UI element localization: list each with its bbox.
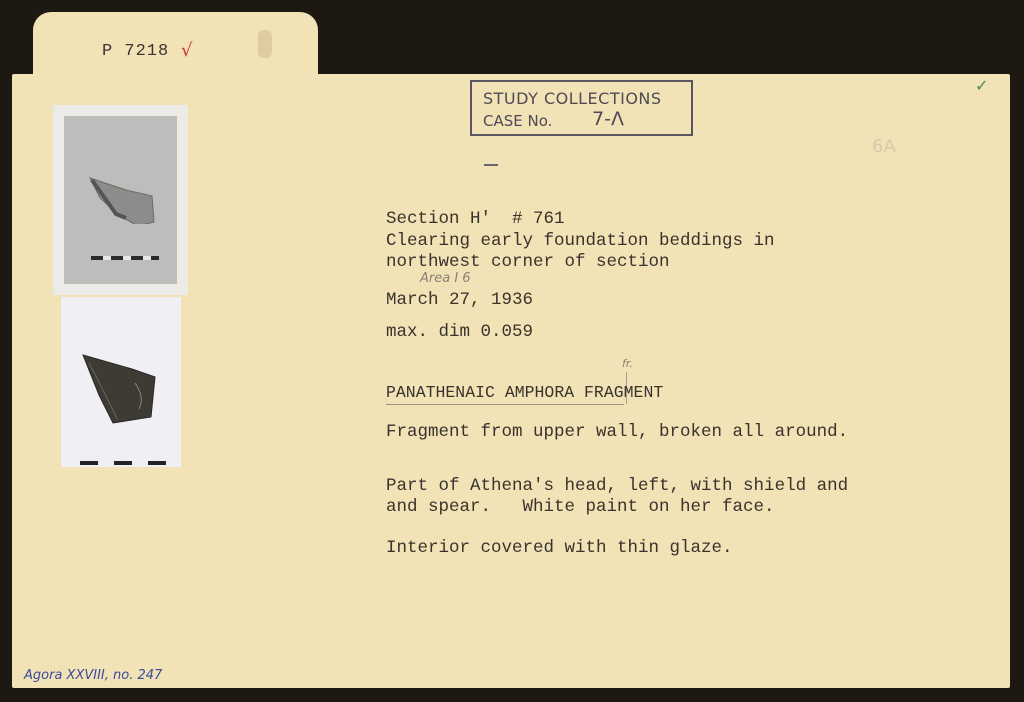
scale-bar <box>80 461 166 465</box>
profile-photo <box>61 297 181 467</box>
red-check-icon: √ <box>181 40 192 61</box>
shard-image <box>77 347 157 427</box>
stamp-title: STUDY COLLECTIONS <box>483 89 662 108</box>
faint-pencil-note: 6A <box>872 136 896 157</box>
stamp-case-value: 7-Λ <box>592 108 624 130</box>
object-title: PANATHENAIC AMPHORA FRAGMENT <box>386 382 663 403</box>
exterior-photo <box>53 105 188 295</box>
context-line-2: northwest corner of section <box>386 252 670 273</box>
context-line-1: Clearing early foundation beddings in <box>386 231 775 252</box>
study-collections-stamp: STUDY COLLECTIONS CASE No. 7-Λ <box>470 80 693 136</box>
area-note: Area I 6 <box>420 271 471 286</box>
section-line: Section H' # 761 <box>386 209 565 230</box>
title-underline <box>386 404 624 405</box>
description-line: Fragment from upper wall, broken all aro… <box>386 422 848 443</box>
publication-note: Agora XXVIII, no. 247 <box>24 668 162 683</box>
date: March 27, 1936 <box>386 290 533 311</box>
stain <box>258 30 272 58</box>
scale-bar <box>91 256 159 260</box>
dash-mark <box>484 164 498 166</box>
title-insert-note: fr. <box>622 357 633 370</box>
catalog-number: P 7218 <box>102 42 169 61</box>
green-check-icon: ✓ <box>975 76 988 95</box>
description-line: Part of Athena's head, left, with shield… <box>386 476 848 518</box>
dimension: max. dim 0.059 <box>386 322 533 343</box>
description-line: Interior covered with thin glaze. <box>386 538 733 559</box>
shard-image <box>86 164 156 224</box>
stamp-case-label: CASE No. <box>483 112 552 130</box>
